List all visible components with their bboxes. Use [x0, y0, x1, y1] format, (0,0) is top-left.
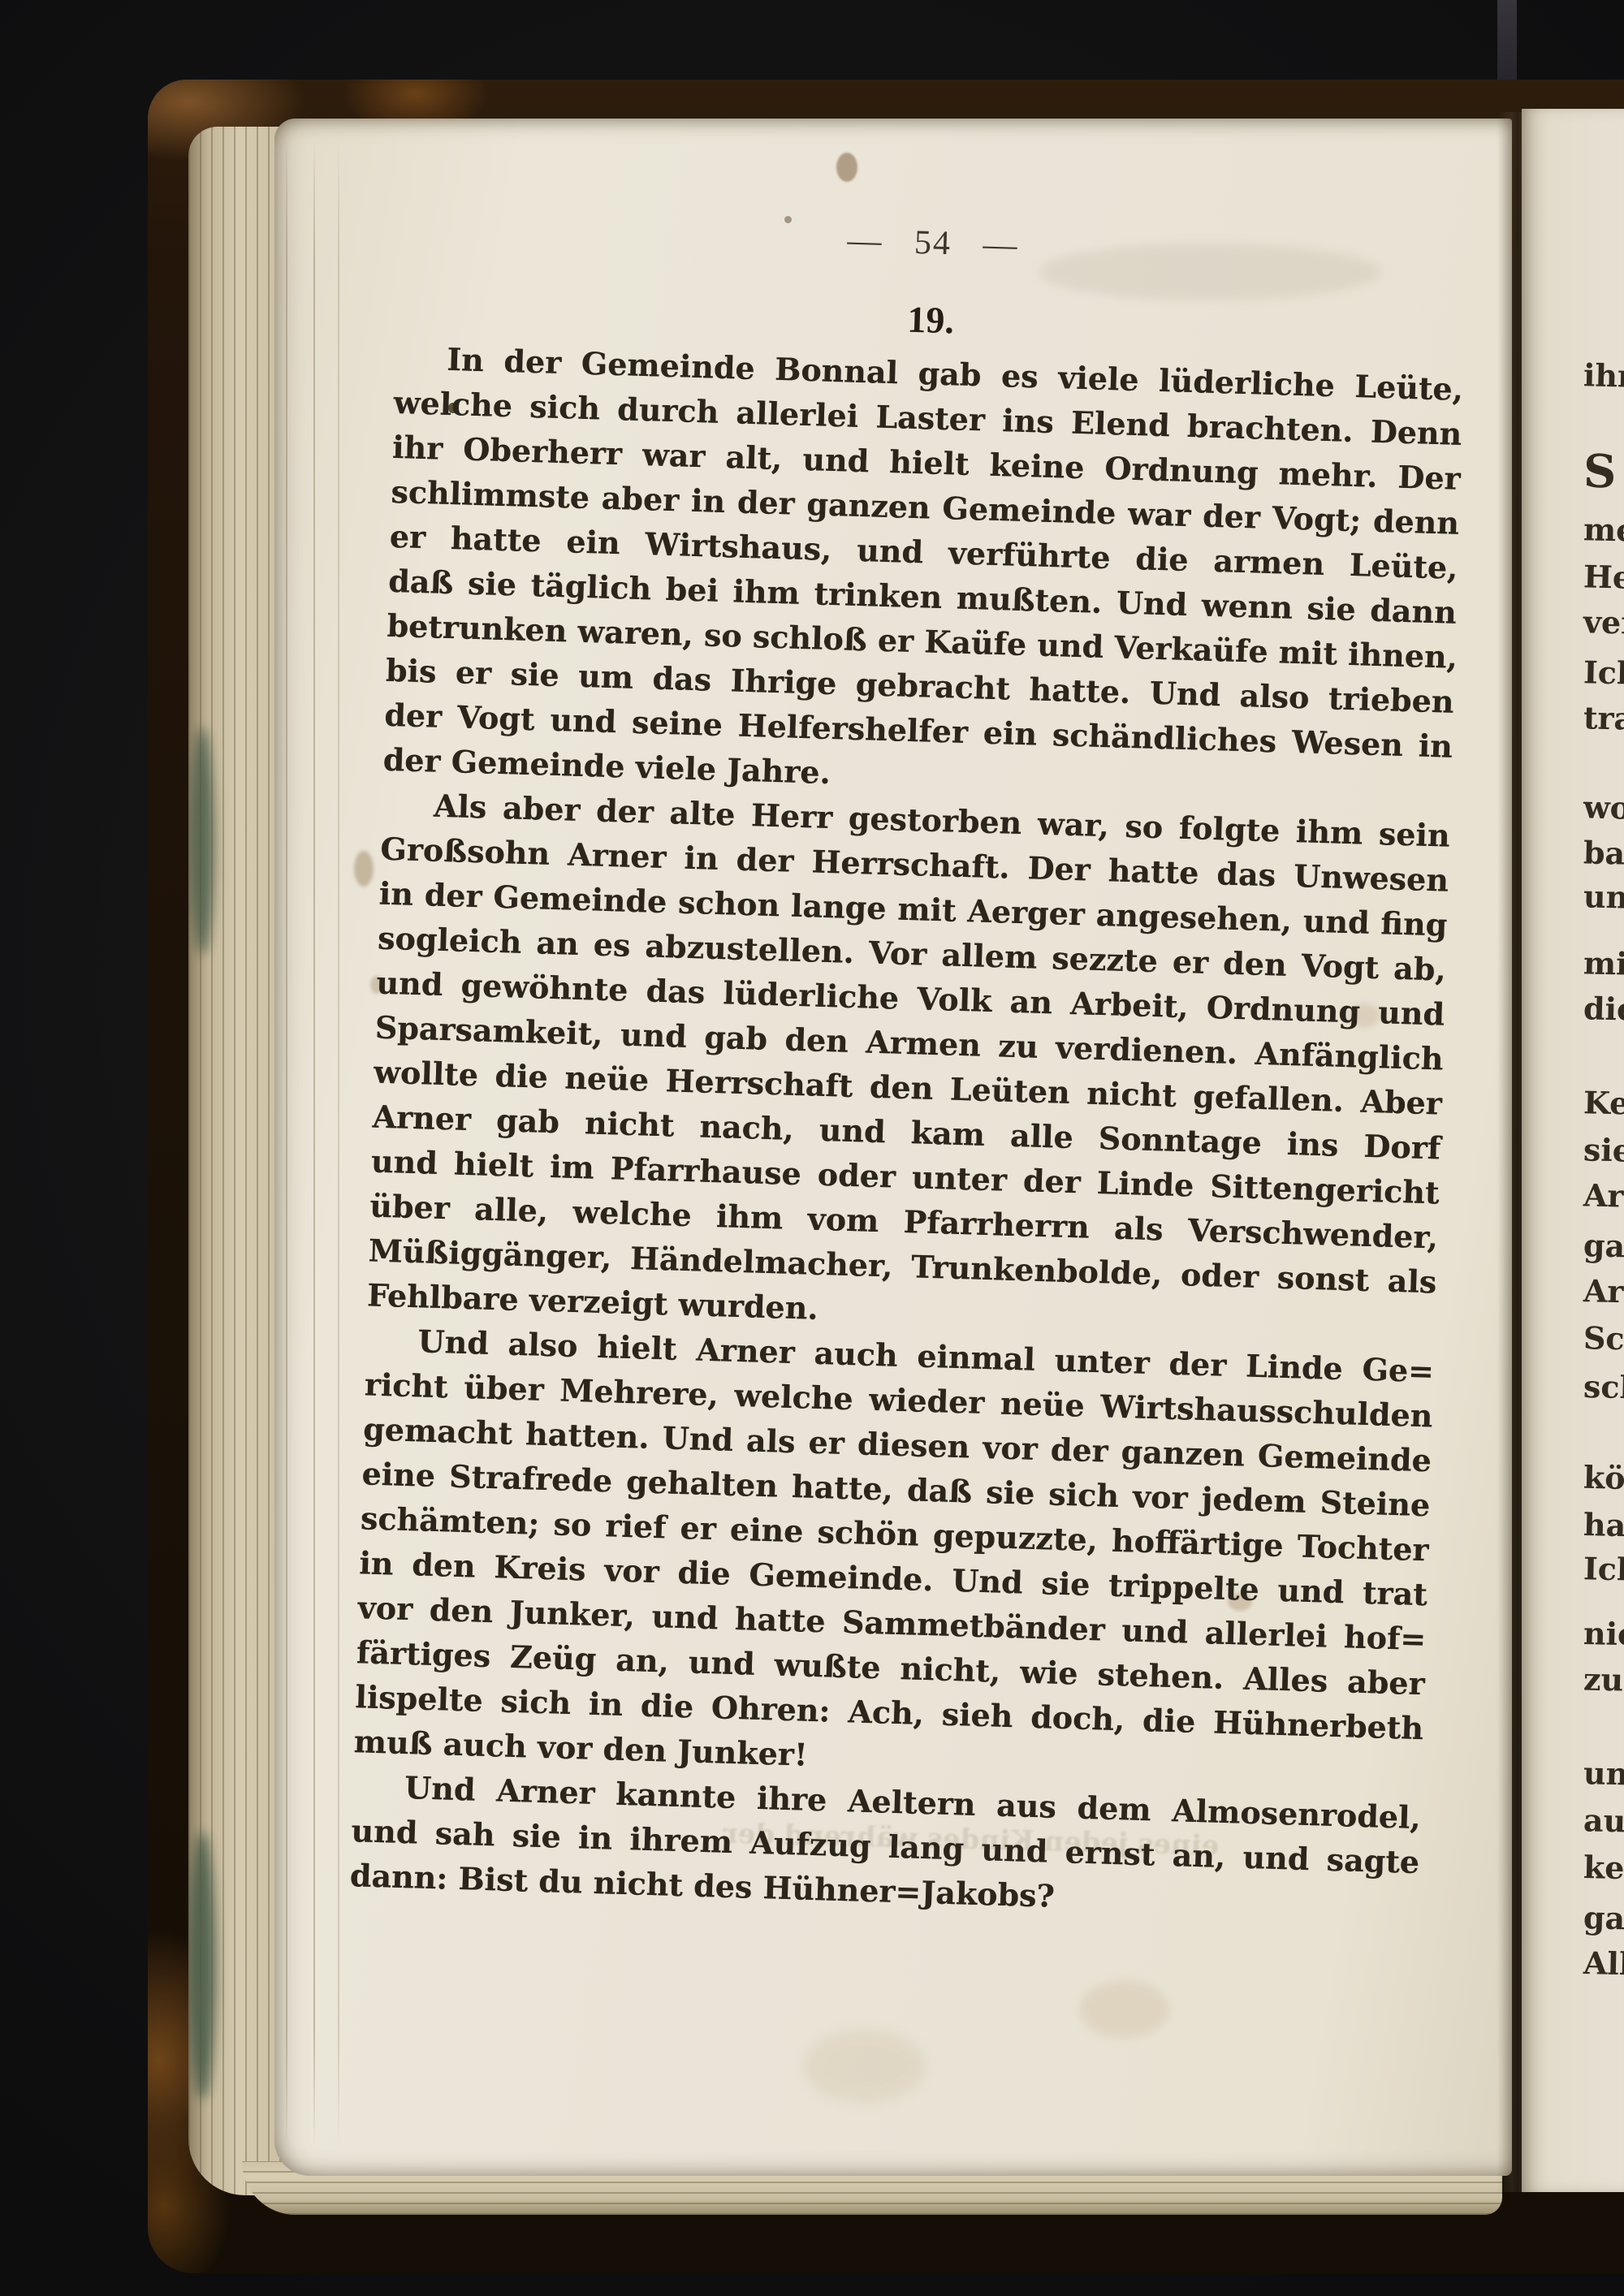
paragraph: In der Gemeinde Bonnal gab es viele lüde… — [382, 339, 1464, 818]
paragraph: Und also hielt Arner auch einmal unter d… — [353, 1321, 1435, 1799]
fore-edge-marbling — [190, 727, 214, 955]
inner-page-edge-line — [338, 136, 339, 2150]
body-text: In der Gemeinde Bonnal gab es viele lüde… — [349, 339, 1464, 1933]
scanned-book-photo: eines jeden Kindes während der — 54 — 19… — [0, 0, 1624, 2296]
page-text-block: — 54 — 19. In der Gemeinde Bonnal gab es… — [349, 208, 1467, 1933]
book-page-right-sliver — [1522, 109, 1624, 2192]
inner-page-edge-line — [313, 136, 315, 2150]
fore-edge-marbling — [188, 1832, 216, 2100]
inner-page-edge-line — [286, 136, 287, 2150]
paragraph: Als aber der alte Herr gestorben war, so… — [366, 786, 1450, 1353]
